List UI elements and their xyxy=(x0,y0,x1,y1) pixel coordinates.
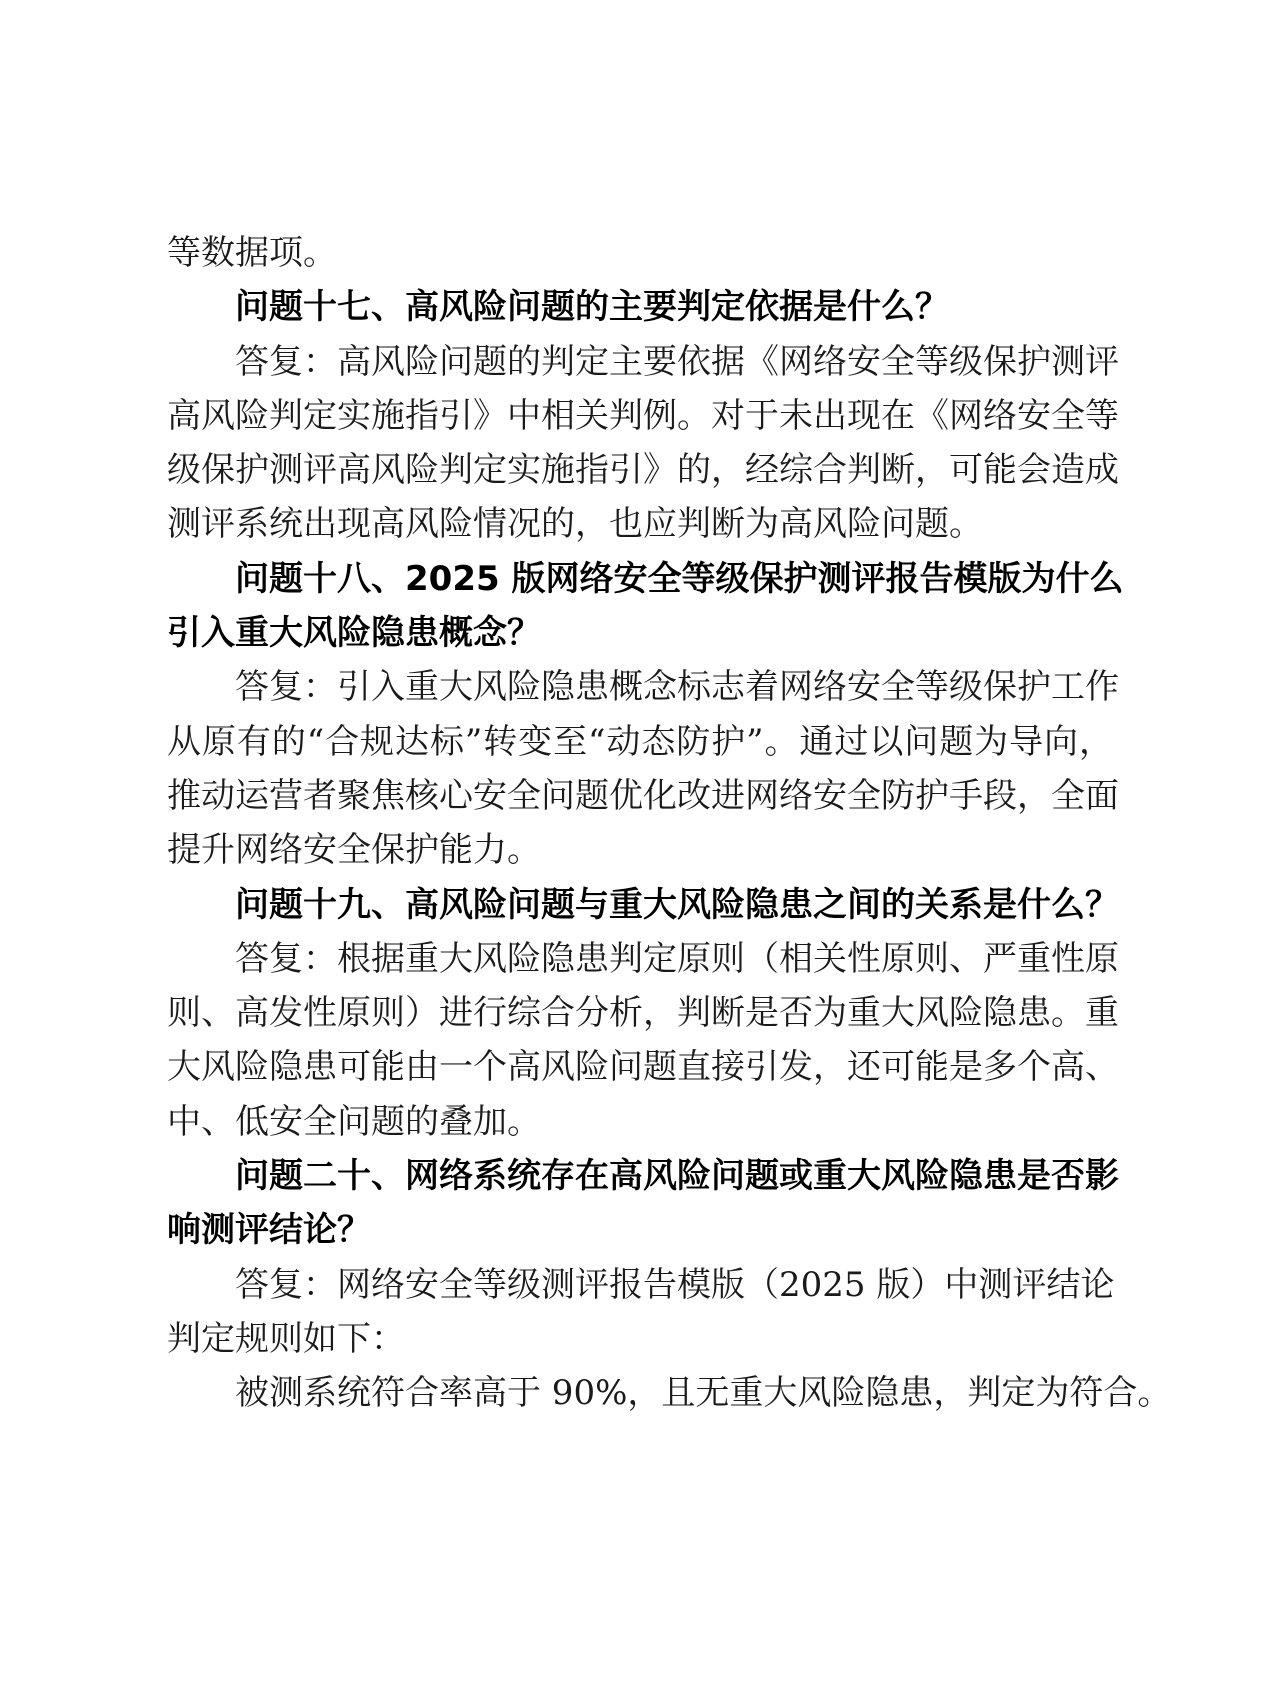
question-19-heading: 问题十九、高风险问题与重大风险隐患之间的关系是什么？ xyxy=(167,878,1113,932)
heading-line: 问题十八、2025 版网络安全等级保护测评报告模版为什么 xyxy=(167,552,1113,606)
question-18-answer: 答复：引入重大风险隐患概念标志着网络安全等级保护工作 从原有的“合规达标”转变至… xyxy=(167,660,1113,877)
question-17-answer: 答复：高风险问题的判定主要依据《网络安全等级保护测评 高风险判定实施指引》中相关… xyxy=(167,335,1113,552)
text-line: 被测系统符合率高于 90%，且无重大风险隐患，判定为符合。 xyxy=(167,1366,1113,1420)
question-19-answer: 答复：根据重大风险隐患判定原则（相关性原则、严重性原 则、高发性原则）进行综合分… xyxy=(167,932,1113,1149)
text-line: 答复：网络安全等级测评报告模版（2025 版）中测评结论 xyxy=(167,1258,1113,1312)
text-line: 高风险判定实施指引》中相关判例。对于未出现在《网络安全等 xyxy=(167,389,1113,443)
paragraph-continuation: 等数据项。 xyxy=(167,226,1113,280)
text-line: 则、高发性原则）进行综合分析，判断是否为重大风险隐患。重 xyxy=(167,986,1113,1040)
text-line: 从原有的“合规达标”转变至“动态防护”。通过以问题为导向， xyxy=(167,715,1113,769)
document-page: 等数据项。 问题十七、高风险问题的主要判定依据是什么？ 答复：高风险问题的判定主… xyxy=(167,226,1113,1421)
question-17-heading: 问题十七、高风险问题的主要判定依据是什么？ xyxy=(167,280,1113,334)
text-line: 大风险隐患可能由一个高风险问题直接引发，还可能是多个高、 xyxy=(167,1040,1113,1094)
heading-line: 引入重大风险隐患概念？ xyxy=(167,606,1113,660)
text-line: 提升网络安全保护能力。 xyxy=(167,823,1113,877)
conclusion-rule: 被测系统符合率高于 90%，且无重大风险隐患，判定为符合。 xyxy=(167,1366,1113,1420)
question-20-answer: 答复：网络安全等级测评报告模版（2025 版）中测评结论 判定规则如下： xyxy=(167,1258,1113,1367)
text-line: 答复：根据重大风险隐患判定原则（相关性原则、严重性原 xyxy=(167,932,1113,986)
heading-line: 响测评结论？ xyxy=(167,1203,1113,1257)
heading-line: 问题十九、高风险问题与重大风险隐患之间的关系是什么？ xyxy=(167,878,1113,932)
text-line: 推动运营者聚焦核心安全问题优化改进网络安全防护手段，全面 xyxy=(167,769,1113,823)
text-line: 判定规则如下： xyxy=(167,1312,1113,1366)
text-line: 测评系统出现高风险情况的，也应判断为高风险问题。 xyxy=(167,497,1113,551)
heading-line: 问题十七、高风险问题的主要判定依据是什么？ xyxy=(167,280,1113,334)
text-line: 等数据项。 xyxy=(167,226,1113,280)
question-20-heading: 问题二十、网络系统存在高风险问题或重大风险隐患是否影 响测评结论？ xyxy=(167,1149,1113,1258)
text-line: 答复：引入重大风险隐患概念标志着网络安全等级保护工作 xyxy=(167,660,1113,714)
text-line: 级保护测评高风险判定实施指引》的，经综合判断，可能会造成 xyxy=(167,443,1113,497)
text-line: 中、低安全问题的叠加。 xyxy=(167,1095,1113,1149)
question-18-heading: 问题十八、2025 版网络安全等级保护测评报告模版为什么 引入重大风险隐患概念？ xyxy=(167,552,1113,661)
text-line: 答复：高风险问题的判定主要依据《网络安全等级保护测评 xyxy=(167,335,1113,389)
heading-line: 问题二十、网络系统存在高风险问题或重大风险隐患是否影 xyxy=(167,1149,1113,1203)
